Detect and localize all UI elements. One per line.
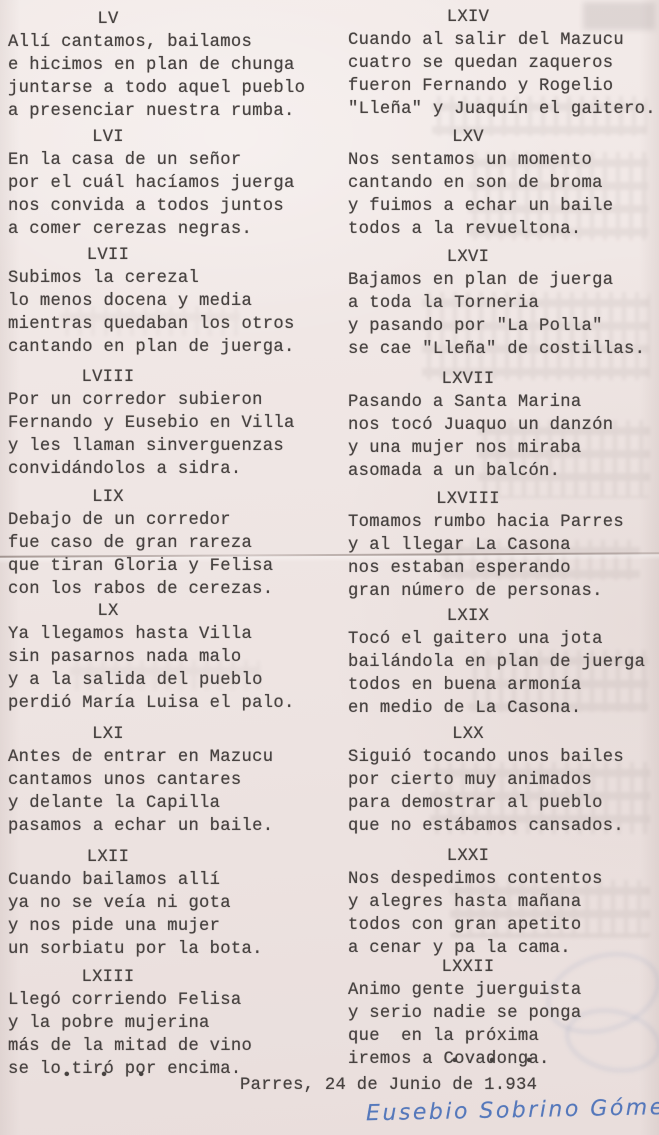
verse-line: y al llegar La Casona — [348, 534, 659, 557]
stanza-number: LVIII — [8, 366, 208, 389]
verse-line: y delante la Capilla — [8, 792, 328, 815]
verse-line: Pasando a Santa Marina — [348, 391, 659, 414]
verse-line: Tocó el gaitero una jota — [348, 628, 659, 651]
stanza-number: LXX — [348, 723, 588, 746]
stanza-number: LXXI — [348, 845, 588, 868]
stanza: LXII Cuando bailamos allí ya no se veía … — [8, 846, 328, 961]
stanza: LV Allí cantamos, bailamos e hicimos en … — [8, 8, 328, 123]
verse-line: Cuando al salir del Mazucu — [348, 29, 659, 52]
verse-line: Subimos la cerezal — [8, 267, 328, 290]
handwritten-signature: Eusebio Sobrino Gómez — [366, 1095, 659, 1127]
verse-line: sin pasarnos nada malo — [8, 646, 328, 669]
verse-line: Cuando bailamos allí — [8, 869, 328, 892]
verse-line: juntarse a todo aquel pueblo — [8, 77, 328, 100]
stanza: LVI En la casa de un señor por el cuál h… — [8, 126, 328, 241]
verse-line: un sorbiatu por la bota. — [8, 938, 328, 961]
verse-line: con los rabos de cerezas. — [8, 578, 328, 601]
verse-line: a toda la Torneria — [348, 292, 659, 315]
stanza-number: LXIII — [8, 966, 208, 989]
verse-line: Por un corredor subieron — [8, 389, 328, 412]
verse-line: lo menos docena y media — [8, 290, 328, 313]
verse-line: Bajamos en plan de juerga — [348, 269, 659, 292]
stanza: LXVII Pasando a Santa Marina nos tocó Ju… — [348, 368, 659, 483]
stanza: LX Ya llegamos hasta Villa sin pasarnos … — [8, 600, 328, 715]
stanza-number: LXVII — [348, 368, 588, 391]
verse-line: y pasando por "La Polla" — [348, 315, 659, 338]
stanza: LXIV Cuando al salir del Mazucu cuatro s… — [348, 6, 659, 121]
verse-line: En la casa de un señor — [8, 149, 328, 172]
stanza-number: LXIV — [348, 6, 588, 29]
stanza: LXVI Bajamos en plan de juerga a toda la… — [348, 246, 659, 361]
stanza: LXIX Tocó el gaitero una jota bailándola… — [348, 605, 659, 720]
verse-line: fueron Fernando y Rogelio — [348, 75, 659, 98]
stanza-number: LXIX — [348, 605, 588, 628]
verse-line: cuatro se quedan zaqueros — [348, 52, 659, 75]
verse-line: todos con gran apetito — [348, 914, 659, 937]
verse-line: y alegres hasta mañana — [348, 891, 659, 914]
verse-line: mientras quedaban los otros — [8, 313, 328, 336]
stanza: LIX Debajo de un corredor fue caso de gr… — [8, 486, 328, 601]
verse-line: e hicimos en plan de chunga — [8, 54, 328, 77]
verse-line: a comer cerezas negras. — [8, 218, 328, 241]
stanza: LXI Antes de entrar en Mazucu cantamos u… — [8, 723, 328, 838]
verse-line: Tomamos rumbo hacia Parres — [348, 511, 659, 534]
verse-line: "Lleña" y Juaquín el gaitero. — [348, 98, 659, 121]
stanza: LXVIII Tomamos rumbo hacia Parres y al l… — [348, 488, 659, 603]
verse-line: Allí cantamos, bailamos — [8, 31, 328, 54]
stanza: LXX Siguió tocando unos bailes por ciert… — [348, 723, 659, 838]
separator-dots-left: • • • — [62, 1066, 155, 1084]
verse-line: cantando en son de broma — [348, 172, 659, 195]
stanza-number: LXII — [8, 846, 208, 869]
separator-dots-right: • • • — [450, 1052, 543, 1070]
verse-line: y serio nadie se ponga — [348, 1002, 659, 1025]
verse-line: y les llaman sinverguenzas — [8, 435, 328, 458]
verse-line: que en la próxima — [348, 1025, 659, 1048]
verse-line: gran número de personas. — [348, 580, 659, 603]
verse-line: más de la mitad de vino — [8, 1035, 328, 1058]
verse-line: Antes de entrar en Mazucu — [8, 746, 328, 769]
verse-line: nos convida a todos juntos — [8, 195, 328, 218]
verse-line: y la pobre mujerina — [8, 1012, 328, 1035]
stanza-number: LXXII — [348, 956, 588, 979]
verse-line: y una mujer nos miraba — [348, 437, 659, 460]
verse-line: Debajo de un corredor — [8, 509, 328, 532]
verse-line: Nos sentamos un momento — [348, 149, 659, 172]
verse-line: nos estaban esperando — [348, 557, 659, 580]
stanza-number: LVII — [8, 244, 208, 267]
verse-line: cantando en plan de juerga. — [8, 336, 328, 359]
verse-line: a presenciar nuestra rumba. — [8, 100, 328, 123]
verse-line: Ya llegamos hasta Villa — [8, 623, 328, 646]
verse-line: y a la salida del pueblo — [8, 669, 328, 692]
stanza-number: LV — [8, 8, 208, 31]
verse-line: asomada a un balcón. — [348, 460, 659, 483]
verse-line: se cae "Lleña" de costillas. — [348, 338, 659, 361]
verse-line: todos en buena armonía — [348, 674, 659, 697]
verse-line: que no estábamos cansados. — [348, 815, 659, 838]
verse-line: que tiran Gloria y Felisa — [8, 555, 328, 578]
verse-line: para demostrar al pueblo — [348, 792, 659, 815]
verse-line: Nos despedimos contentos — [348, 868, 659, 891]
verse-line: bailándola en plan de juerga — [348, 651, 659, 674]
verse-line: y fuimos a echar un baile — [348, 195, 659, 218]
verse-line: Fernando y Eusebio en Villa — [8, 412, 328, 435]
stanza-number: LXVIII — [348, 488, 588, 511]
stanza-number: LVI — [8, 126, 208, 149]
verse-line: fue caso de gran rareza — [8, 532, 328, 555]
verse-line: perdió María Luisa el palo. — [8, 692, 328, 715]
stanza-number: LXI — [8, 723, 208, 746]
verse-line: nos tocó Juaquo un danzón — [348, 414, 659, 437]
verse-line: ya no se veía ni gota — [8, 892, 328, 915]
verse-line: por el cuál hacíamos juerga — [8, 172, 328, 195]
verse-line: Llegó corriendo Felisa — [8, 989, 328, 1012]
verse-line: Animo gente juerguista — [348, 979, 659, 1002]
verse-line: pasamos a echar un baile. — [8, 815, 328, 838]
stanza-number: LXVI — [348, 246, 588, 269]
verse-line: por cierto muy animados — [348, 769, 659, 792]
stanza-number: LX — [8, 600, 208, 623]
stanza: LXV Nos sentamos un momento cantando en … — [348, 126, 659, 241]
stanza: LVIII Por un corredor subieron Fernando … — [8, 366, 328, 481]
stanza: LXXI Nos despedimos contentos y alegres … — [348, 845, 659, 960]
verse-line: y nos pide una mujer — [8, 915, 328, 938]
date-line: Parres, 24 de Junio de 1.934 — [240, 1076, 537, 1095]
stanza: LVII Subimos la cerezal lo menos docena … — [8, 244, 328, 359]
verse-line: convidándolos a sidra. — [8, 458, 328, 481]
verse-line: en medio de La Casona. — [348, 697, 659, 720]
stanza-number: LXV — [348, 126, 588, 149]
stanza-number: LIX — [8, 486, 208, 509]
verse-line: todos a la revueltona. — [348, 218, 659, 241]
stanza: LXIII Llegó corriendo Felisa y la pobre … — [8, 966, 328, 1081]
verse-line: cantamos unos cantares — [8, 769, 328, 792]
verse-line: Siguió tocando unos bailes — [348, 746, 659, 769]
